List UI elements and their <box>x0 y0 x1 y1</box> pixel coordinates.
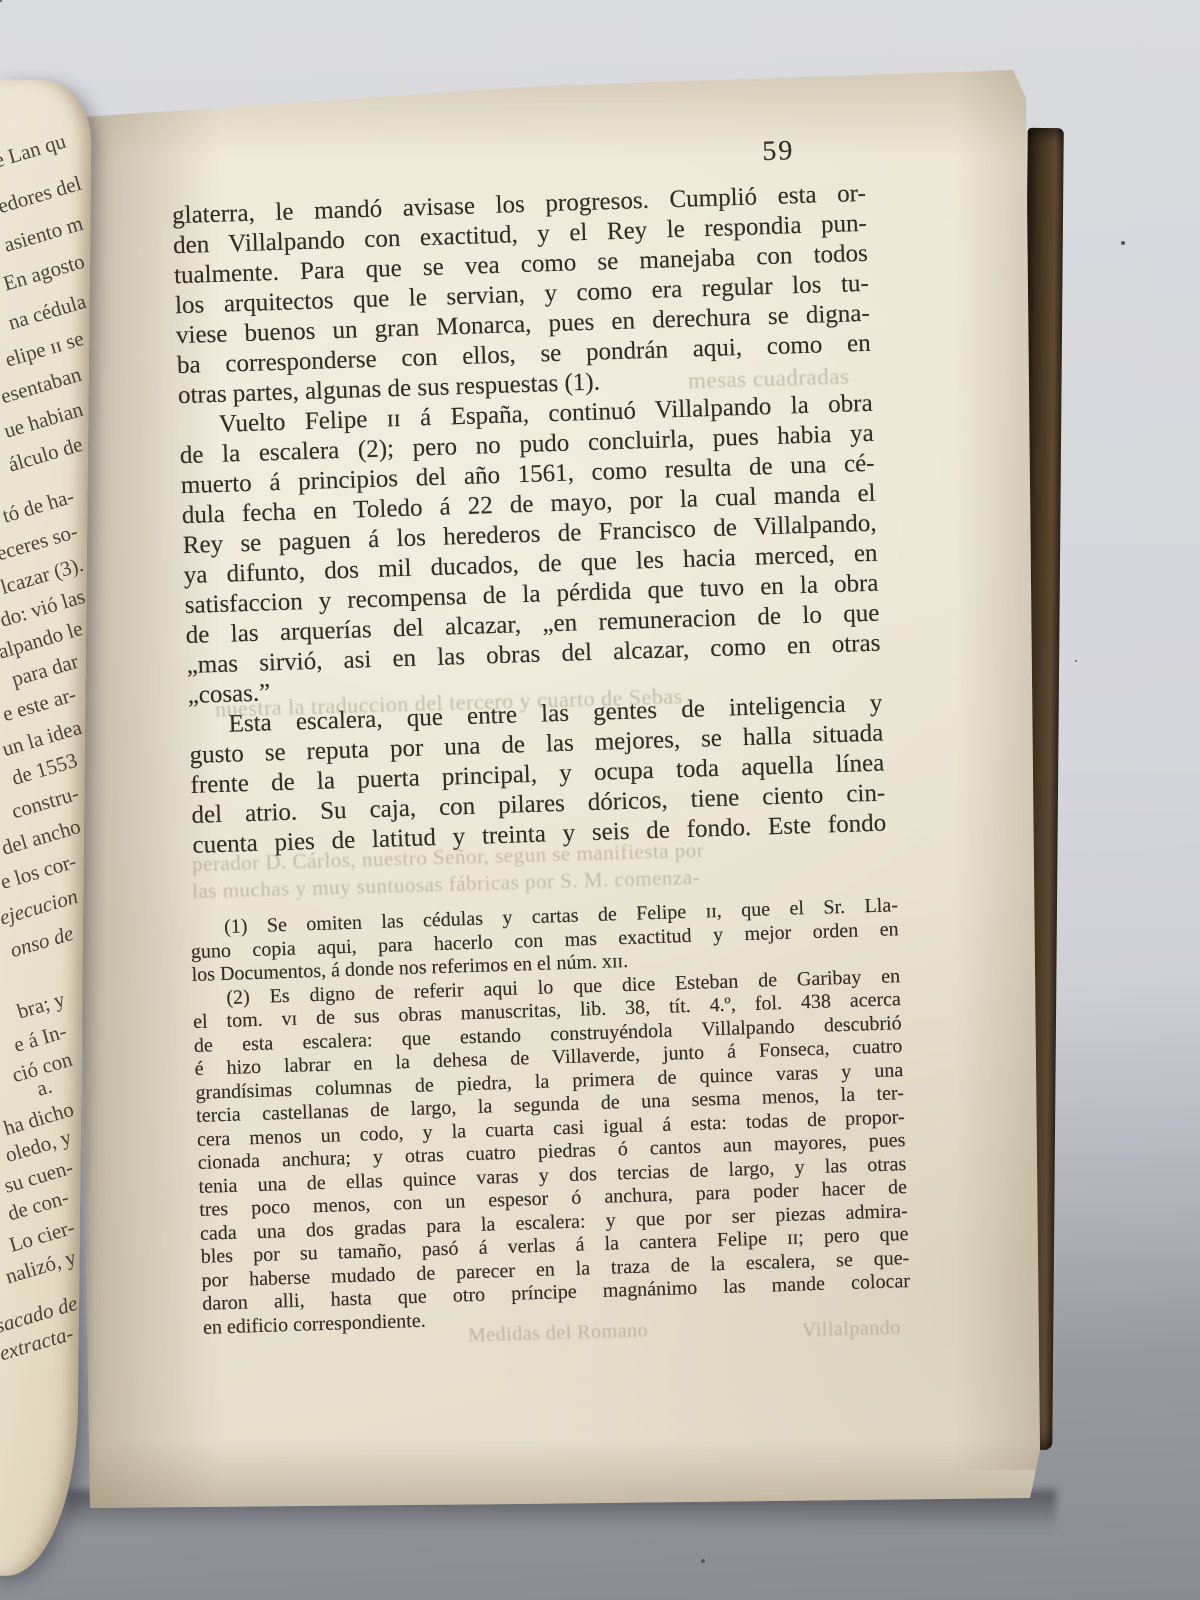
facing-page-edge: de Lan qu orredores del asiento m En ago… <box>0 80 92 1577</box>
main-text: glaterra, le mandó avisase los progresos… <box>172 179 887 861</box>
bleedthrough-text: Villalpando <box>802 1317 901 1343</box>
page-bottom-shade <box>60 1440 1045 1508</box>
facing-page-text-fragment: onso de <box>0 921 76 982</box>
page-number: 59 <box>762 135 795 168</box>
book-photo: mesas cuadradas nuestra la traduccion de… <box>0 0 1200 1600</box>
dust-specks <box>0 0 2 2</box>
footnotes: (1) Se omiten las cédulas y cartas de Fe… <box>190 894 911 1340</box>
book-page: mesas cuadradas nuestra la traduccion de… <box>0 0 1200 1600</box>
